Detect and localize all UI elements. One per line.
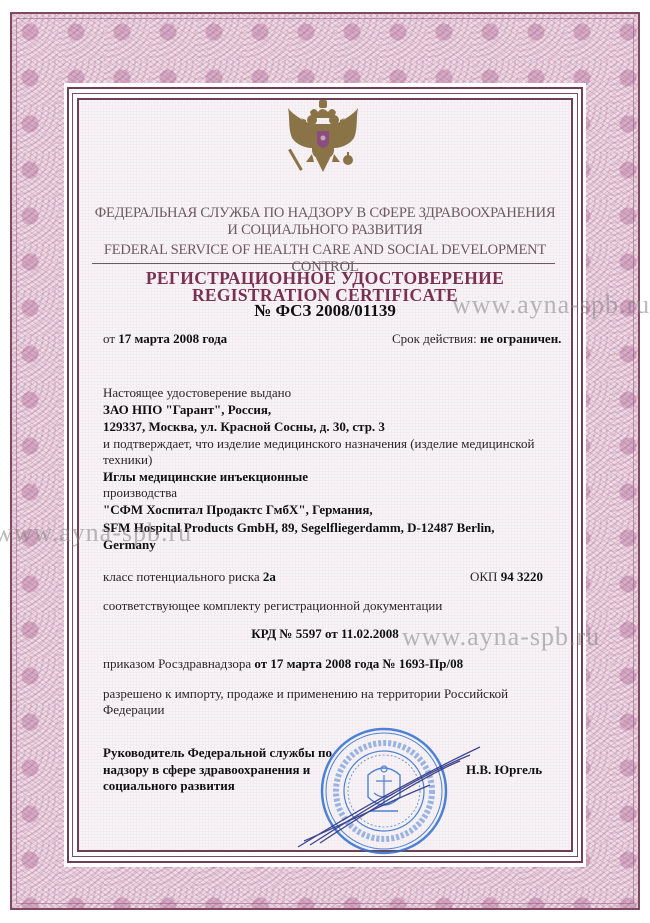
date-prefix: от — [103, 331, 118, 346]
product-name: Иглы медицинские инъекционные — [103, 469, 308, 485]
watermark: www.ayna-spb.ru — [452, 290, 650, 320]
risk-value: 2а — [263, 569, 276, 584]
holder-address: 129337, Москва, ул. Красной Сосны, д. 30… — [103, 419, 385, 435]
risk-label: класс потенциального риска — [103, 569, 263, 584]
manufacturer-label: производства — [103, 485, 177, 501]
validity: Срок действия: не ограничен. — [392, 331, 561, 347]
permission-text: разрешено к импорту, продаже и применени… — [103, 686, 543, 718]
certificate-page: ФЕДЕРАЛЬНАЯ СЛУЖБА ПО НАДЗОРУ В СФЕРЕ ЗД… — [0, 0, 650, 923]
okp-value: 94 3220 — [501, 569, 543, 584]
order-reference: приказом Росздравнадзора от 17 марта 200… — [103, 656, 463, 672]
signature-icon — [290, 735, 490, 850]
agency-name-ru-line2: И СОЦИАЛЬНОГО РАЗВИТИЯ — [80, 222, 570, 239]
header-divider — [92, 263, 555, 264]
validity-value: не ограничен. — [480, 331, 561, 346]
risk-class: класс потенциального риска 2а — [103, 569, 276, 585]
okp-code: ОКП 94 3220 — [470, 569, 543, 585]
order-label: приказом Росздравнадзора — [103, 656, 254, 671]
confirm-text: и подтверждает, что изделие медицинского… — [103, 436, 558, 468]
number-prefix: № — [254, 301, 275, 320]
conformity-text: соответствующее комплекту регистрационно… — [103, 598, 442, 614]
watermark: www.ayna-spb.ru — [402, 622, 600, 652]
number-value: ФСЗ 2008/01139 — [275, 301, 395, 320]
okp-label: ОКП — [470, 569, 501, 584]
holder-name: ЗАО НПО "Гарант", Россия, — [103, 402, 271, 418]
issue-date: от 17 марта 2008 года — [103, 331, 227, 347]
russian-coat-of-arms-icon — [284, 98, 362, 178]
validity-label: Срок действия: — [392, 331, 480, 346]
agency-name-ru: ФЕДЕРАЛЬНАЯ СЛУЖБА ПО НАДЗОРУ В СФЕРЕ ЗД… — [80, 205, 570, 222]
order-value: от 17 марта 2008 года № 1693-Пр/08 — [254, 656, 463, 671]
date-value: 17 марта 2008 года — [118, 331, 227, 346]
watermark: www.ayna-spb.ru — [0, 518, 192, 548]
issued-label: Настоящее удостоверение выдано — [103, 385, 291, 401]
manufacturer-ru: "СФМ Хоспитал Продактс ГмбХ", Германия, — [103, 502, 373, 518]
